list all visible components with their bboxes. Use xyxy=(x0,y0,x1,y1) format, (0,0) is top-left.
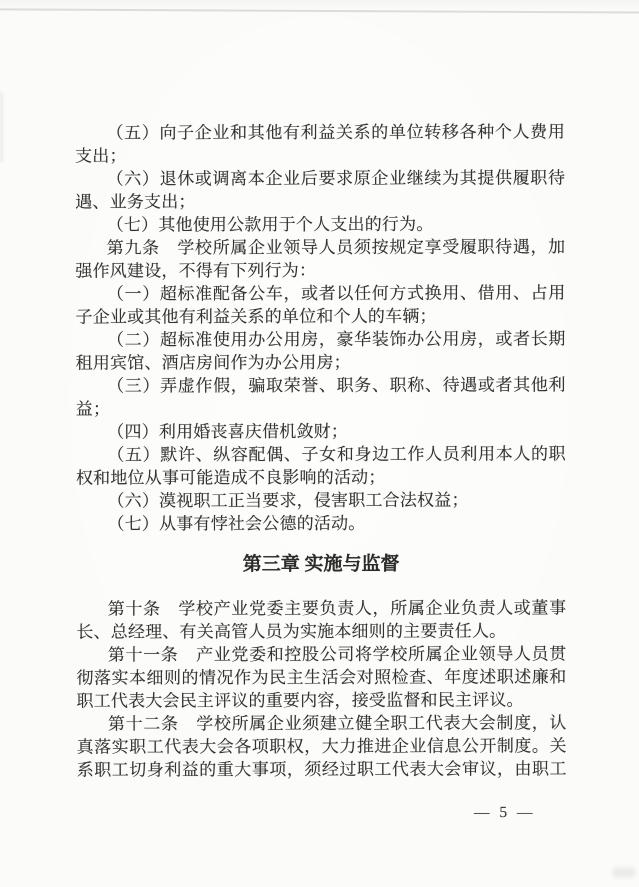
paragraph-line: （一）超标准配备公车，或者以任何方式换用、借用、占用 xyxy=(75,281,565,305)
paragraph-line: （七）从事有悖社会公德的活动。 xyxy=(76,511,566,535)
paragraph-line: （三）弄虚作假，骗取荣誉、职务、职称、待遇或者其他利 xyxy=(76,373,566,397)
paragraph-line: （七）其他使用公款用于个人支出的行为。 xyxy=(75,212,565,236)
paragraph-line: （五）默许、纵容配偶、子女和身边工作人员利用本人的职 xyxy=(76,442,566,466)
paragraph-line: （六）退休或调离本企业后要求原企业继续为其提供履职待 xyxy=(75,166,565,190)
chapter-heading: 第三章 实施与监督 xyxy=(76,551,566,578)
paragraph-line: 子企业或其他有利益关系的单位和个人的车辆； xyxy=(75,304,565,328)
paragraph-line: 强作风建设，不得有下列行为： xyxy=(75,258,565,282)
paragraph-line: 系职工切身利益的重大事项，须经过职工代表大会审议，由职工 xyxy=(77,757,567,781)
document-body: （五）向子企业和其他有利益关系的单位转移各种个人费用支出；（六）退休或调离本企业… xyxy=(75,120,567,781)
paragraph-line: 职工代表大会民主评议的重要内容，接受监督和民主评议。 xyxy=(76,688,566,712)
paragraph-line: 第十二条 学校所属企业须建立健全职工代表大会制度，认 xyxy=(77,711,567,735)
paragraph-line: 支出； xyxy=(75,143,565,167)
paragraph-line: 第九条 学校所属企业领导人员须按规定享受履职待遇，加 xyxy=(75,235,565,259)
scanned-page: （五）向子企业和其他有利益关系的单位转移各种个人费用支出；（六）退休或调离本企业… xyxy=(0,0,639,887)
paragraph-line: （二）超标准使用办公用房，豪华装饰办公用房，或者长期 xyxy=(76,327,566,351)
scan-corner-smudge xyxy=(613,868,635,877)
page-number: — 5 — xyxy=(473,804,535,822)
paragraph-line: 第十一条 产业党委和控股公司将学校所属企业领导人员贯 xyxy=(76,642,566,666)
paragraph-line: 权和地位从事可能造成不良影响的活动； xyxy=(76,465,566,489)
paragraph-line: （六）漠视职工正当要求，侵害职工合法权益； xyxy=(76,488,566,512)
paragraph-line: 第十条 学校产业党委主要负责人，所属企业负责人或董事 xyxy=(76,596,566,620)
paragraph-line: 遇、业务支出； xyxy=(75,189,565,213)
paragraph-line: 真落实职工代表大会各项职权，大力推进企业信息公开制度。关 xyxy=(77,734,567,758)
paragraph-line: （五）向子企业和其他有利益关系的单位转移各种个人费用 xyxy=(75,120,565,144)
scan-left-edge-smudge xyxy=(0,92,3,162)
paragraph-line: 益； xyxy=(76,396,566,420)
paragraph-line: 租用宾馆、酒店房间作为办公用房； xyxy=(76,350,566,374)
paragraph-line: （四）利用婚丧喜庆借机敛财； xyxy=(76,419,566,443)
paragraph-line: 长、总经理、有关高管人员为实施本细则的主要责任人。 xyxy=(76,619,566,643)
paragraph-line: 彻落实本细则的情况作为民主生活会对照检查、年度述职述廉和 xyxy=(76,665,566,689)
